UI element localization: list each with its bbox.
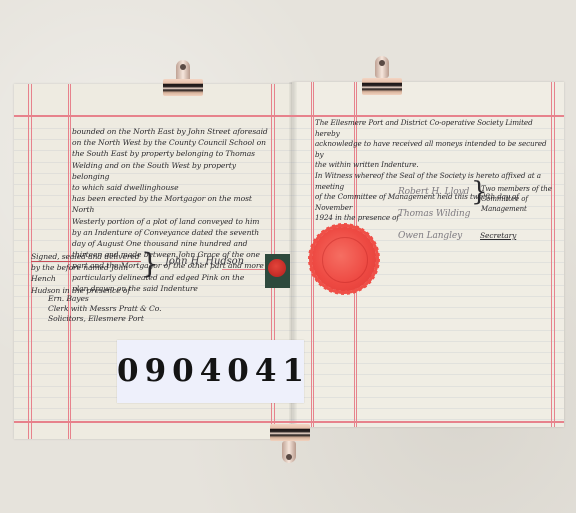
catalog-number: 0904041 (117, 340, 304, 403)
top-ruling (14, 115, 564, 117)
faint-rule-line (14, 408, 564, 409)
clip-hole (379, 60, 385, 66)
faint-rule-line (14, 330, 564, 331)
clip-hole (286, 454, 292, 460)
signatory-wax-seal (268, 259, 286, 277)
attestation-clause: Signed, sealed and delivered by the befo… (31, 251, 151, 296)
attestation-brace: } (141, 250, 159, 278)
catalog-number-label: 0904041 (117, 340, 304, 403)
left-margin-rule (28, 84, 29, 439)
clip-jaw (163, 79, 203, 96)
committee-note: Two members of the Committee of Manageme… (481, 184, 561, 214)
bottom-ruling (14, 421, 564, 423)
secretary-label: Secretary (480, 230, 516, 241)
clip-jaw (270, 424, 310, 441)
witness-block: Ern. Bayes Clerk with Messrs Pratt & Co.… (48, 294, 188, 324)
clip-hole (180, 64, 186, 70)
society-seal-ring (322, 237, 368, 283)
clip-jaw (362, 78, 402, 95)
mortgagor-signature: John H. Hudson (165, 256, 244, 267)
attestation-underline (31, 261, 141, 262)
